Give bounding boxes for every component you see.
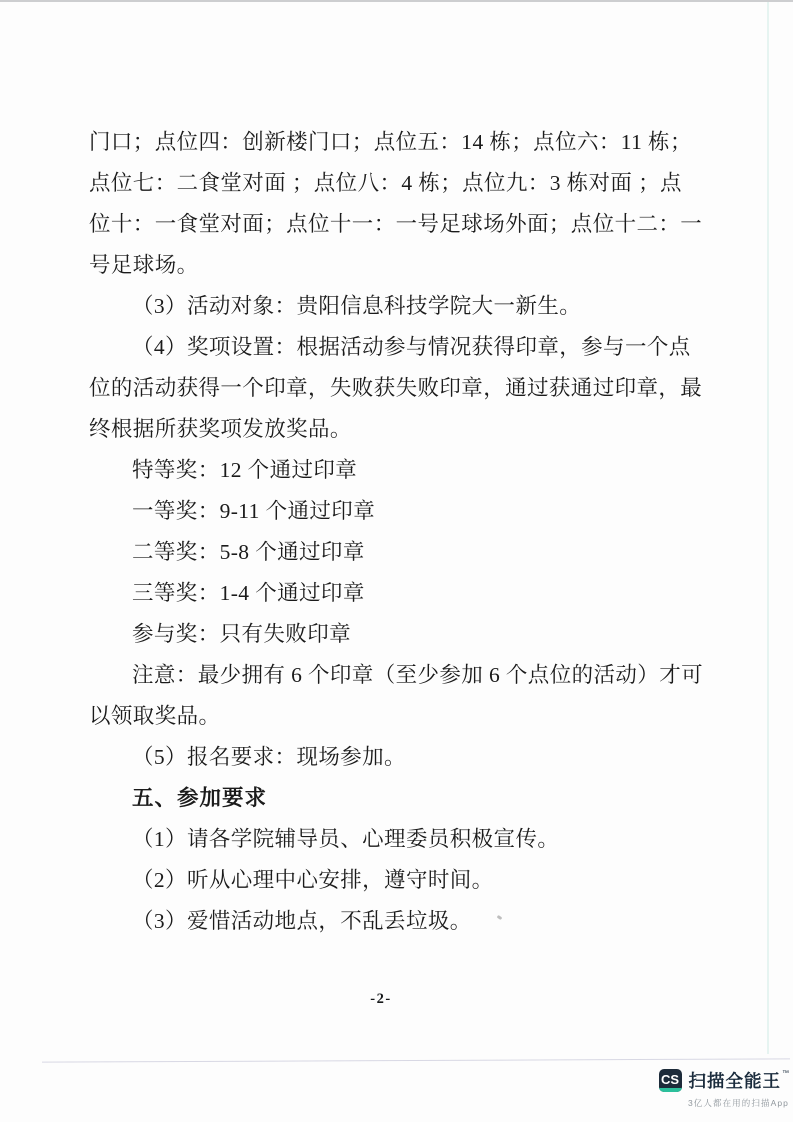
text-line: 门口；点位四：创新楼门口；点位五：14 栋；点位六：11 栋；: [89, 122, 717, 163]
camscanner-logo-teal-strip: [659, 1088, 682, 1092]
page-number: -2-: [0, 991, 762, 1008]
camscanner-logo-text: CS: [661, 1072, 679, 1087]
text-line: 终根据所获奖项发放奖品。: [89, 409, 717, 450]
text-line: 一等奖：9-11 个通过印章: [89, 491, 717, 532]
text-line: 五、参加要求: [89, 778, 717, 819]
document-body: 门口；点位四：创新楼门口；点位五：14 栋；点位六：11 栋；点位七：二食堂对面…: [89, 122, 717, 942]
scan-top-edge-artifact: [0, 0, 793, 2]
text-line: 点位七：二食堂对面 ；点位八：4 栋；点位九：3 栋对面 ；点: [89, 163, 717, 204]
text-line: （1）请各学院辅导员、心理委员积极宣传。: [89, 819, 717, 860]
text-line: 以领取奖品。: [89, 696, 717, 737]
watermark-tagline: 3亿人都在用的扫描App: [688, 1097, 789, 1109]
watermark-app-name: 扫描全能王: [689, 1068, 782, 1093]
watermark-logo-row: CS 扫描全能王 ™: [659, 1068, 790, 1093]
text-line: 注意：最少拥有 6 个印章（至少参加 6 个点位的活动）才可: [89, 655, 717, 696]
text-line: 位十：一食堂对面；点位十一：一号足球场外面；点位十二：一: [89, 204, 717, 245]
scan-bottom-edge-artifact: [42, 1058, 790, 1062]
text-line: 三等奖：1-4 个通过印章: [89, 573, 717, 614]
text-line: （4）奖项设置：根据活动参与情况获得印章，参与一个点: [89, 327, 717, 368]
text-line: 参与奖：只有失败印章: [89, 614, 717, 655]
scanned-page: 门口；点位四：创新楼门口；点位五：14 栋；点位六：11 栋；点位七：二食堂对面…: [0, 0, 793, 1122]
text-line: 位的活动获得一个印章，失败获失败印章，通过获通过印章，最: [89, 368, 717, 409]
text-line: （3）活动对象：贵阳信息科技学院大一新生。: [89, 286, 717, 327]
text-line: 号足球场。: [89, 245, 717, 286]
text-line: 二等奖：5-8 个通过印章: [89, 532, 717, 573]
text-line: 特等奖：12 个通过印章: [89, 450, 717, 491]
text-line: （5）报名要求：现场参加。: [89, 737, 717, 778]
text-line: （2）听从心理中心安排，遵守时间。: [89, 860, 717, 901]
trademark-mark: ™: [782, 1070, 789, 1077]
text-line: （3）爱惜活动地点，不乱丢垃圾。: [89, 901, 717, 942]
camscanner-logo-icon: CS: [659, 1069, 682, 1092]
scan-right-edge-artifact: [767, 2, 769, 1054]
camscanner-watermark: CS 扫描全能王 ™ 3亿人都在用的扫描App: [659, 1068, 790, 1109]
